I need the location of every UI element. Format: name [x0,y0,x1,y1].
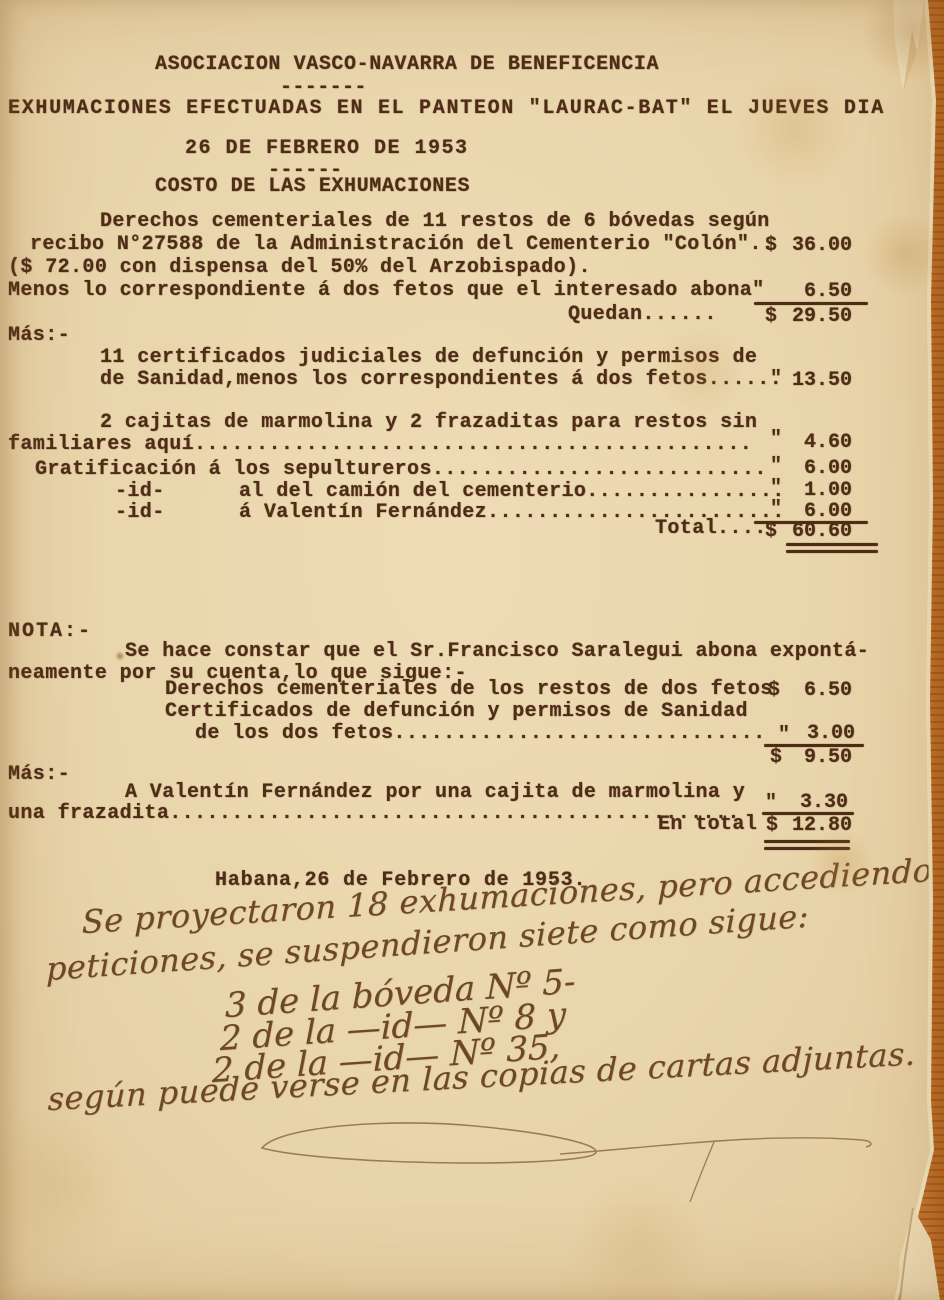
subtotal-amount: 9.50 [772,746,852,769]
document-date: 26 DE FEBRERO DE 1953 [185,138,469,160]
cost-line: Quedan...... [568,304,717,326]
amount: 6.50 [772,679,852,702]
cost-line: 2 cajitas de marmolina y 2 frazaditas pa… [100,412,757,434]
document-title: ASOCIACION VASCO-NAVARRA DE BENEFICENCIA [155,54,659,76]
cost-line: Derechos cementeriales de 11 restos de 6… [100,211,770,233]
cost-line: -id- al del camión del cementerio.......… [115,481,785,503]
divider-dashes: ------- [280,77,367,99]
mas-label: Más:- [8,764,70,786]
cost-line: 11 certificados judiciales de defunción … [100,347,757,369]
document-subtitle: EXHUMACIONES EFECTUADAS EN EL PANTEON "L… [8,98,885,120]
amount: 6.00 [772,457,852,480]
nota-line: Certificados de defunción y permisos de … [165,701,748,723]
double-rule [764,840,850,843]
total-label: Total.... [655,518,767,540]
double-rule [786,543,878,546]
total-amount: 60.60 [772,520,852,543]
mas-label: Más:- [8,325,70,347]
scanned-document-page: ASOCIACION VASCO-NAVARRA DE BENEFICENCIA… [0,0,944,1300]
total-label: En total [658,814,757,836]
cost-line: Gratificación á los sepultureros........… [35,459,767,481]
nota-line: A Valentín Fernández por una cajita de m… [125,782,745,804]
cost-line: Menos lo correspondiente á dos fetos que… [8,280,765,302]
nota-line: de los dos fetos........................… [195,723,766,745]
amount: 29.50 [772,305,852,328]
amount: 3.00 [775,722,855,745]
total-amount: 12.80 [772,814,852,837]
cost-line: ($ 72.00 con dispensa del 50% del Arzobi… [8,257,591,279]
section-title: COSTO DE LAS EXHUMACIONES [155,176,470,198]
amount: 4.60 [772,431,852,454]
nota-line: una frazadita...........................… [8,803,740,825]
double-rule [786,550,878,553]
nota-line: Derechos cementeriales de los restos de … [165,679,773,701]
amount: 13.50 [772,369,852,392]
book-cover-edge [884,0,944,1300]
nota-heading: NOTA:- [8,621,92,643]
amount: 36.00 [772,234,852,257]
nota-line: Se hace constar que el Sr.Francisco Sara… [125,641,869,663]
cost-line: familiares aquí.........................… [8,434,752,456]
cost-line: de Sanidad,menos los correspondientes á … [100,369,782,391]
amount: 6.50 [772,280,852,303]
amount: 3.30 [768,791,848,814]
cost-line: recibo N°27588 de la Administración del … [30,234,774,256]
amount: 1.00 [772,479,852,502]
double-rule [764,847,850,850]
